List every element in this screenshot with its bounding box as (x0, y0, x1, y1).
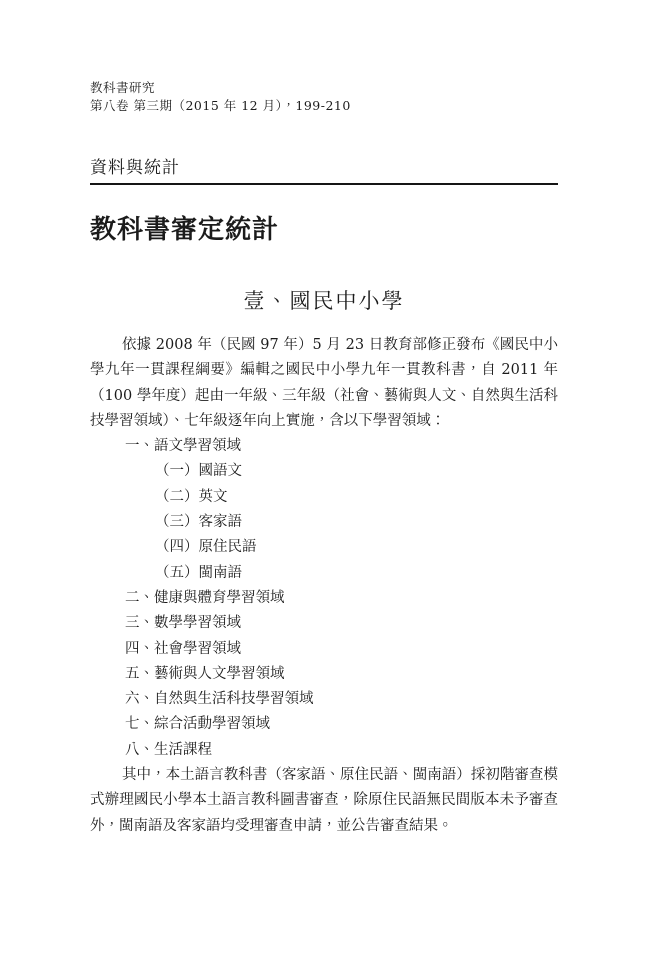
list-item: 三、數學學習領域 (90, 611, 558, 636)
section-label: 資料與統計 (90, 158, 558, 185)
document-page: 教科書研究 第八卷 第三期（2015 年 12 月），199-210 資料與統計… (0, 0, 646, 953)
list-item: 六、自然與生活科技學習領域 (90, 687, 558, 712)
list-subitem: （四）原住民語 (90, 535, 558, 560)
journal-issue: 第八卷 第三期（2015 年 12 月），199-210 (90, 97, 558, 115)
learning-areas-list: 一、語文學習領域 （一）國語文 （二）英文 （三）客家語 （四）原住民語 （五）… (90, 434, 558, 763)
list-subitem: （二）英文 (90, 485, 558, 510)
intro-paragraph: 依據 2008 年（民國 97 年）5 月 23 日教育部修正發布《國民中小學九… (90, 333, 558, 434)
list-item: 八、生活課程 (90, 738, 558, 763)
list-item: 五、藝術與人文學習領域 (90, 662, 558, 687)
list-item: 四、社會學習領域 (90, 637, 558, 662)
journal-header: 教科書研究 第八卷 第三期（2015 年 12 月），199-210 (90, 79, 558, 115)
closing-paragraph: 其中，本土語言教科書（客家語、原住民語、閩南語）採初階審查模式辦理國民小學本土語… (90, 763, 558, 839)
page-content: 教科書研究 第八卷 第三期（2015 年 12 月），199-210 資料與統計… (90, 0, 558, 839)
list-subitem: （三）客家語 (90, 510, 558, 535)
list-item: 二、健康與體育學習領域 (90, 586, 558, 611)
list-subitem: （五）閩南語 (90, 561, 558, 586)
list-item: 一、語文學習領域 (90, 434, 558, 459)
article-title: 教科書審定統計 (90, 214, 558, 246)
list-item: 七、綜合活動學習領域 (90, 712, 558, 737)
article-body: 依據 2008 年（民國 97 年）5 月 23 日教育部修正發布《國民中小學九… (90, 333, 558, 839)
chapter-heading: 壹、國民中小學 (90, 288, 558, 314)
journal-title: 教科書研究 (90, 79, 558, 97)
list-subitem: （一）國語文 (90, 459, 558, 484)
